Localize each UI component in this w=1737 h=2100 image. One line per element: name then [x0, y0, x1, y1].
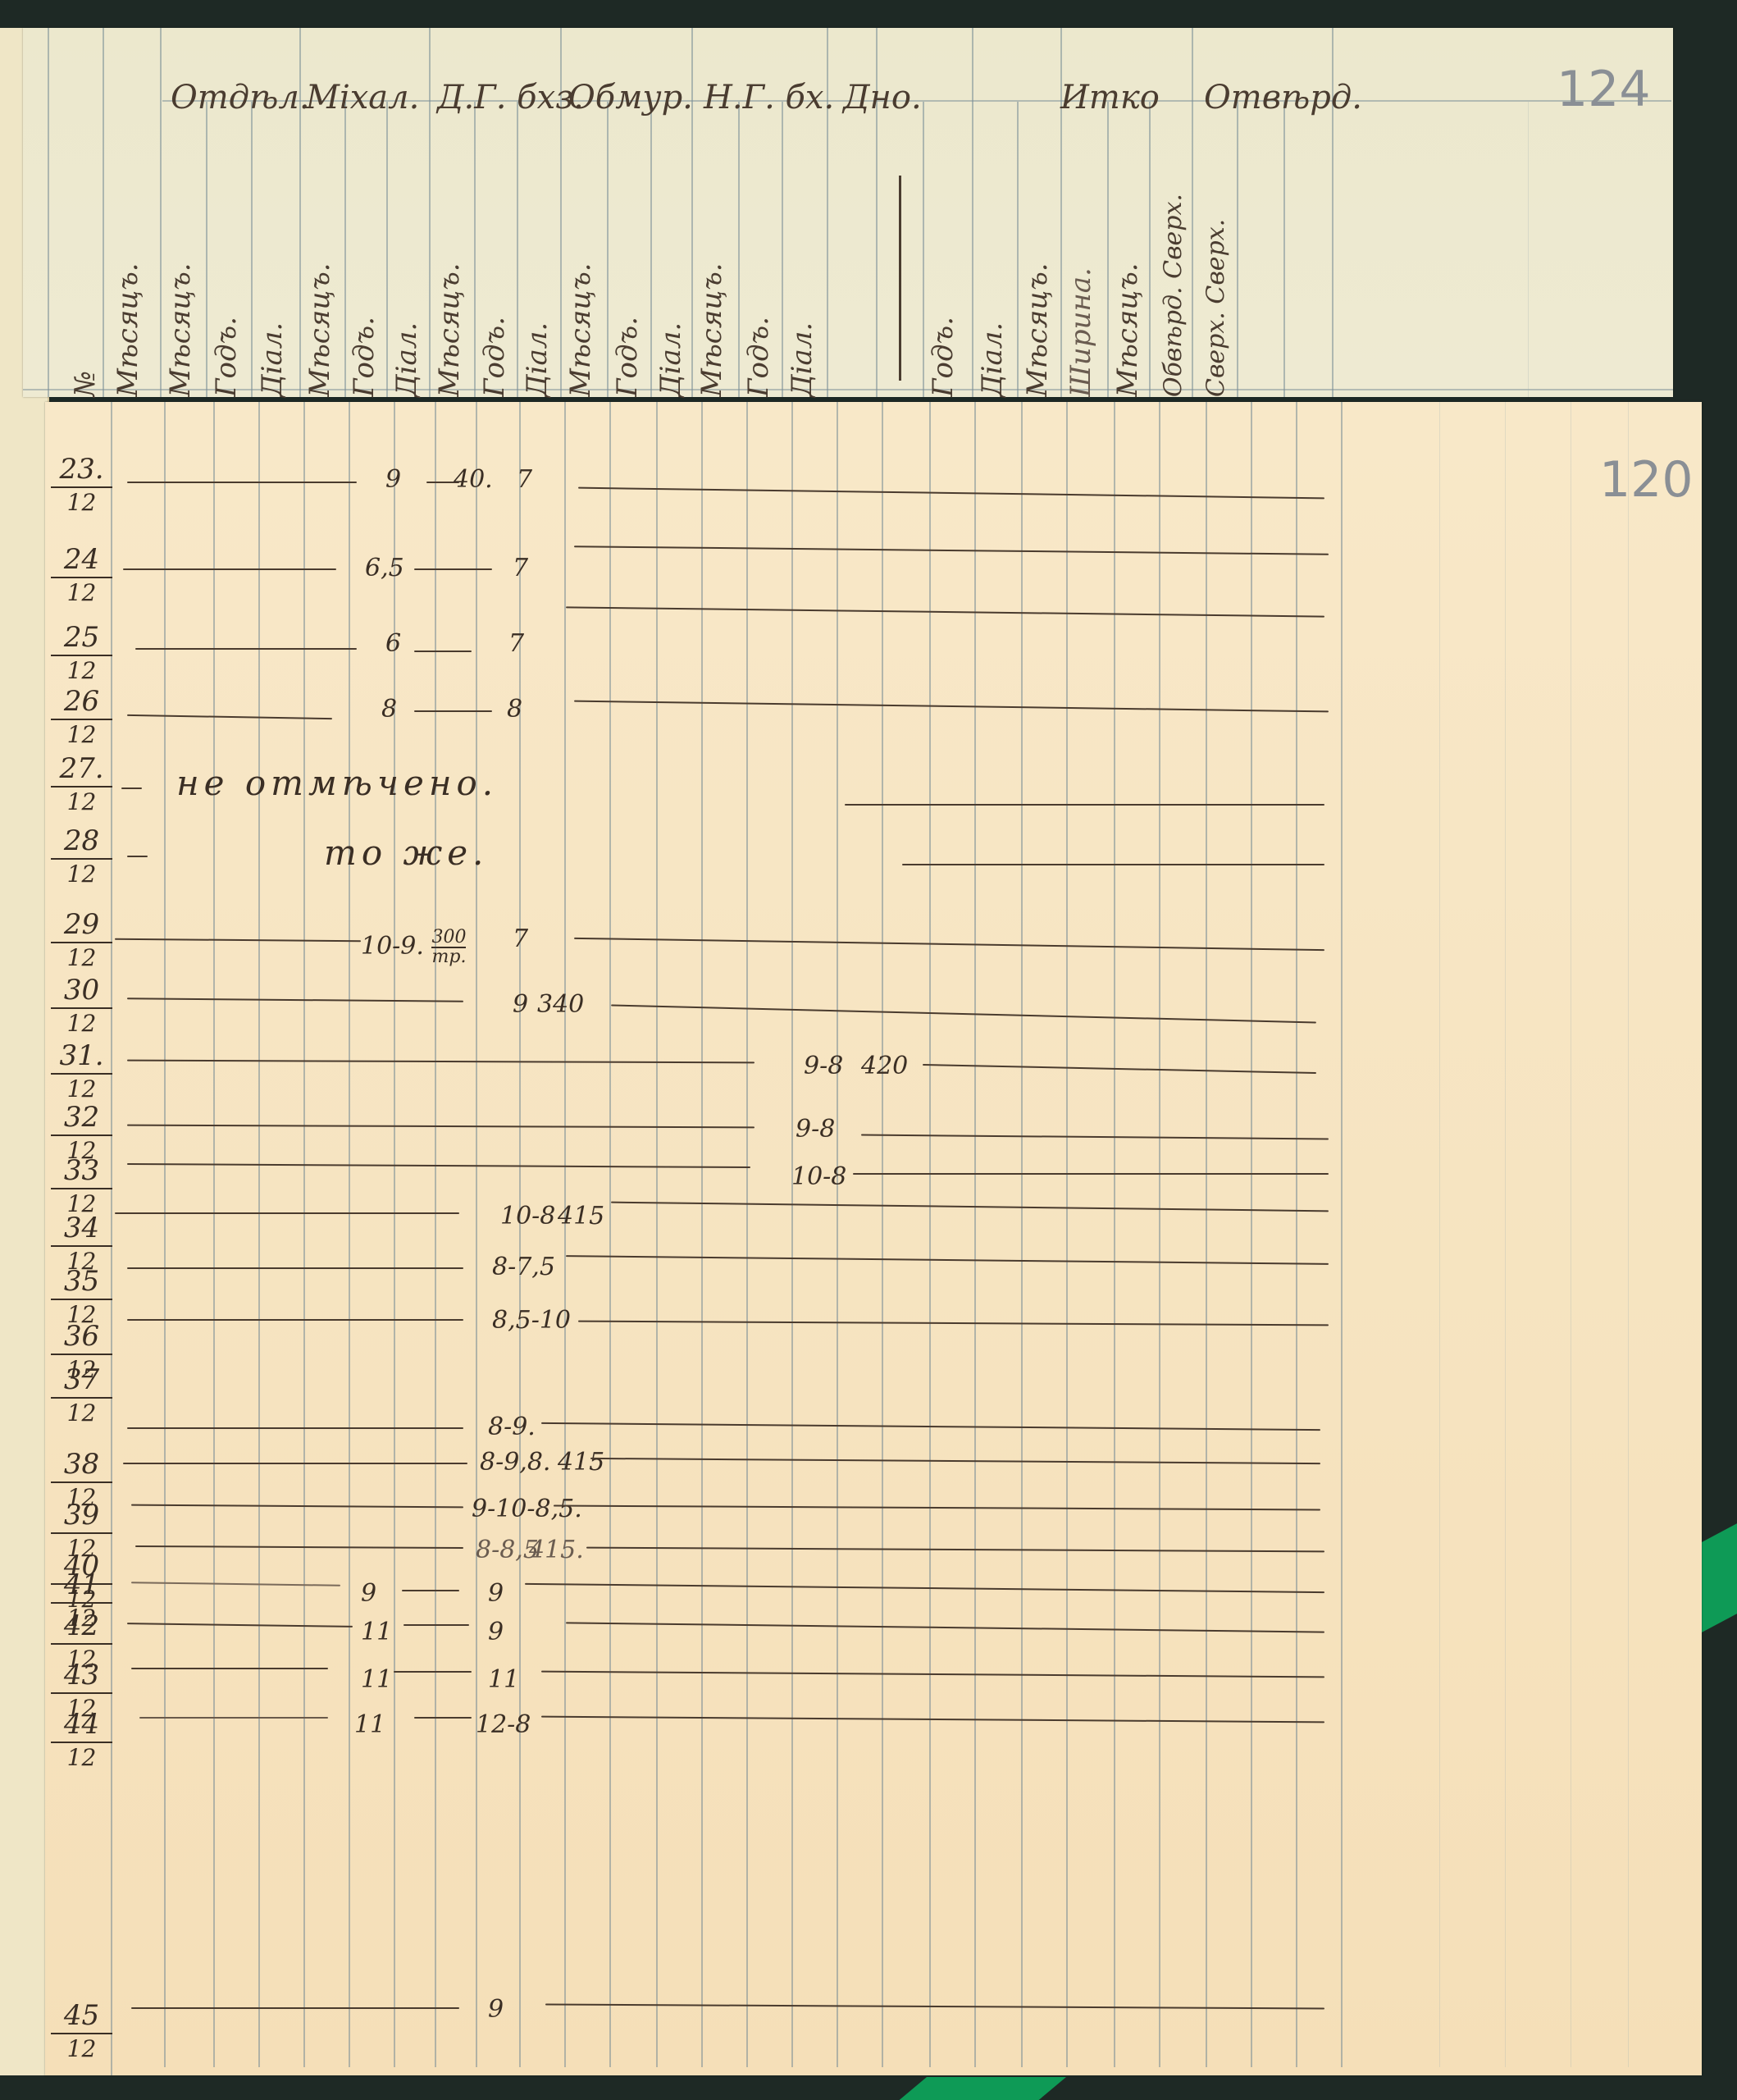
- cell-value: 10-8: [500, 1204, 555, 1229]
- column-header: Годъ.: [348, 317, 381, 397]
- header-cell: Сверх. Сверх.: [1196, 126, 1238, 397]
- ink-dash: [402, 1590, 459, 1591]
- ink-dash: [123, 1463, 467, 1464]
- col-line: [1021, 402, 1023, 2067]
- header-cell: Ширина.: [1063, 126, 1106, 397]
- header-cell: Годъ.: [476, 126, 519, 397]
- row-date: 3512: [51, 1267, 112, 1326]
- cell-value: 8-9,8.: [480, 1450, 550, 1475]
- row-month: 12: [51, 488, 112, 514]
- cell-value: 340: [537, 993, 584, 1017]
- col-line: [251, 102, 253, 397]
- ink-dash: [131, 1668, 328, 1669]
- row-day: 41: [51, 1571, 112, 1604]
- row-day: 32: [51, 1103, 112, 1136]
- column-header: Годъ.: [927, 317, 960, 397]
- col-line: [164, 402, 166, 2067]
- col-line: [656, 402, 658, 2067]
- col-line: [1159, 402, 1160, 2067]
- row-date: 2412: [51, 546, 112, 605]
- empty-column-dash: [899, 176, 901, 381]
- green-stripe-right: [1702, 1512, 1737, 1632]
- fraction-numerator: 300: [431, 929, 466, 948]
- ink-dash: [414, 651, 472, 652]
- col-line: [746, 402, 748, 2067]
- column-header: Сверх. Сверх.: [1201, 219, 1230, 397]
- col-line: [701, 402, 703, 2067]
- header-cell: Мѣсяцъ.: [694, 126, 736, 397]
- row-day: 24: [51, 546, 112, 578]
- cell-value: 8: [507, 697, 522, 722]
- col-line: [882, 402, 883, 2067]
- col-line: [303, 402, 305, 2067]
- ink-dash: [127, 1427, 463, 1429]
- ink-dash: [414, 568, 492, 570]
- row-day: 37: [51, 1366, 112, 1399]
- fraction: 300тр.: [431, 929, 466, 966]
- header-cell: Дiал.: [519, 126, 562, 397]
- col-line: [206, 102, 207, 397]
- row-date: 23.12: [51, 455, 112, 514]
- row-date: 27.12: [51, 755, 112, 814]
- column-header: Мѣсяцъ.: [564, 262, 597, 397]
- col-line: [738, 102, 740, 397]
- column-header: Годъ.: [210, 317, 243, 397]
- cell-value: 10-8: [791, 1165, 846, 1189]
- col-line-faint: [1628, 402, 1629, 2067]
- group-header: Итко: [1060, 79, 1160, 116]
- col-line: [609, 402, 611, 2067]
- cell-value: 415: [558, 1450, 604, 1475]
- col-line-faint: [1505, 402, 1506, 2067]
- group-header: Отдѣл.: [171, 79, 310, 116]
- header-cell: Мѣсяцъ.: [162, 126, 205, 397]
- col-line: [974, 402, 976, 2067]
- header-cell: Дiал.: [389, 126, 431, 397]
- ink-dash: [131, 2007, 459, 2009]
- header-cell: Мѣсяцъ.: [431, 126, 474, 397]
- ink-dash: [414, 1717, 472, 1719]
- cell-value: 8-9.: [488, 1415, 536, 1440]
- row-day: 29: [51, 911, 112, 943]
- ink-dash: [135, 648, 357, 650]
- column-header: Мѣсяцъ.: [303, 262, 336, 397]
- cell-value-range: 10-9.: [361, 932, 424, 961]
- row-date: 2512: [51, 623, 112, 682]
- column-header: Годъ.: [611, 317, 644, 397]
- row-day: 31.: [51, 1042, 112, 1075]
- header-cell: Годъ.: [609, 126, 652, 397]
- page-number: 120: [1599, 451, 1694, 509]
- cell-value: 9-10-8,5.: [472, 1497, 582, 1522]
- ink-dash: [394, 1671, 472, 1673]
- col-line: [1341, 402, 1343, 2067]
- column-header: Дiал.: [521, 322, 554, 397]
- fraction-denominator: тр.: [431, 948, 466, 966]
- row-month: 12: [51, 1009, 112, 1035]
- row-day: 38: [51, 1450, 112, 1483]
- header-cell: Дiал.: [254, 126, 297, 397]
- col-line: [1107, 102, 1109, 397]
- cell-value: 11: [361, 1668, 392, 1692]
- cell-value: 420: [861, 1054, 908, 1079]
- cell-value: 415.: [529, 1538, 584, 1563]
- cell-value: 7: [508, 632, 524, 656]
- col-line: [837, 402, 838, 2067]
- row-month: 12: [51, 1075, 112, 1101]
- row-day: 25: [51, 623, 112, 656]
- cell-value: 7: [513, 927, 528, 952]
- group-header: Н.Г. бх.: [704, 79, 834, 116]
- col-line-faint: [1571, 402, 1571, 2067]
- col-line: [213, 402, 215, 2067]
- cell-value: 6,5: [365, 556, 404, 581]
- group-header: Дно.: [843, 79, 922, 116]
- ink-dash: [115, 1212, 459, 1214]
- row-date: 2812: [51, 827, 112, 886]
- cell-value: 9: [361, 1582, 376, 1606]
- col-line: [1296, 402, 1297, 2067]
- col-line: [923, 102, 924, 397]
- cell-value: 9: [513, 993, 528, 1017]
- row-day: 23.: [51, 455, 112, 488]
- column-header: Годъ.: [478, 317, 511, 397]
- row-date: 4512: [51, 2002, 112, 2061]
- ink-dash: [845, 804, 1324, 806]
- header-cell: Мѣсяцъ.: [1019, 126, 1062, 397]
- column-header: Дiал.: [256, 322, 289, 397]
- header-cell: Мѣсяцъ.: [1110, 126, 1152, 397]
- row-day: 30: [51, 976, 112, 1009]
- row-month: 12: [51, 1399, 112, 1425]
- row-date: 3312: [51, 1157, 112, 1216]
- green-stripe-bottom: [900, 2077, 1066, 2100]
- cell-value: 7: [513, 556, 528, 581]
- header-cell: Годъ.: [208, 126, 251, 397]
- ink-dash: [121, 787, 142, 789]
- ink-dash: [139, 1717, 328, 1719]
- column-header: Мѣсяцъ.: [164, 262, 197, 397]
- column-header: Дiал.: [976, 322, 1009, 397]
- column-header: Дiал.: [786, 322, 818, 397]
- row-day: 42: [51, 1612, 112, 1645]
- col-line: [1017, 102, 1019, 397]
- column-header: Мѣсяцъ.: [695, 262, 728, 397]
- column-header: Ширина.: [1065, 267, 1097, 397]
- ink-dash: [123, 568, 336, 570]
- header-cell: Мѣсяцъ.: [107, 126, 149, 397]
- row-day: 34: [51, 1214, 112, 1247]
- col-line: [1283, 102, 1285, 397]
- cell-value: 8: [381, 697, 397, 722]
- row-day: 33: [51, 1157, 112, 1189]
- column-header: Годъ.: [742, 317, 775, 397]
- ink-dash: [127, 482, 357, 483]
- col-line: [1251, 402, 1252, 2067]
- header-cell: Мѣсяцъ.: [302, 126, 344, 397]
- col-line: [607, 102, 609, 397]
- row-month: 12: [51, 2034, 112, 2061]
- col-line: [1066, 402, 1068, 2067]
- cell-value: 7: [517, 468, 532, 492]
- col-line: [476, 402, 477, 2067]
- header-cell: Годъ.: [346, 126, 389, 397]
- row-day: 44: [51, 1710, 112, 1743]
- cell-value: 12-8: [476, 1713, 531, 1737]
- col-line-faint: [1439, 402, 1440, 2067]
- header-cell: Мѣсяцъ.: [563, 126, 605, 397]
- row-date: 3012: [51, 976, 112, 1035]
- row-day: 36: [51, 1322, 112, 1355]
- cell-value: 9-8: [796, 1117, 835, 1142]
- row-date: 4412: [51, 1710, 112, 1769]
- ink-dash: [403, 1624, 469, 1626]
- row-day: 35: [51, 1267, 112, 1300]
- cell-value: 9: [488, 1620, 504, 1645]
- cell-value: 8-7,5: [492, 1255, 555, 1280]
- cell-value: 9: [385, 468, 401, 492]
- row-note: не отмѣчено.: [176, 763, 498, 803]
- cell-value: 40.: [454, 468, 493, 492]
- col-line: [791, 402, 793, 2067]
- column-header: Дiал.: [390, 322, 423, 397]
- col-line: [1114, 402, 1115, 2067]
- cell-value: 11: [354, 1713, 385, 1737]
- row-day: 39: [51, 1501, 112, 1534]
- col-line: [474, 102, 476, 397]
- ink-dash: [853, 1173, 1329, 1175]
- cell-value: 9-8: [804, 1054, 843, 1079]
- col-line-faint: [1528, 102, 1529, 397]
- group-header: Д.Г. бхз.: [437, 79, 584, 116]
- col-line: [929, 402, 931, 2067]
- row-month: 12: [51, 1743, 112, 1769]
- top-sheet: Отдѣл. Мiхал. Д.Г. бхз. Обмур. Н.Г. бх. …: [23, 28, 1673, 397]
- row-date: 2612: [51, 687, 112, 746]
- header-cell: Годъ.: [741, 126, 783, 397]
- bottom-sheet: 120: [45, 402, 1702, 2075]
- header-cell: Дiал.: [974, 126, 1017, 397]
- cell-value: 11: [488, 1668, 519, 1692]
- row-day: 27.: [51, 755, 112, 787]
- group-header: Мiхал.: [306, 79, 419, 116]
- row-month: 12: [51, 943, 112, 970]
- header-cell: Обвѣрд. Сверх.: [1153, 126, 1196, 397]
- header-cell: Дiал.: [653, 126, 695, 397]
- row-month: 12: [51, 656, 112, 682]
- col-line: [258, 402, 260, 2067]
- ink-dash: [127, 1267, 463, 1269]
- row-month: 12: [51, 860, 112, 886]
- column-header: Мѣсяцъ.: [1021, 262, 1054, 397]
- cell-value: 9: [488, 1997, 504, 2022]
- header-cell: Годъ.: [925, 126, 968, 397]
- ink-dash: [902, 864, 1324, 865]
- row-month: 12: [51, 720, 112, 746]
- col-line: [160, 28, 162, 397]
- row-day: 43: [51, 1661, 112, 1694]
- row-date: 3712: [51, 1366, 112, 1425]
- ink-dash: [127, 1319, 463, 1321]
- cell-value: 11: [361, 1620, 392, 1645]
- ink-dash: [414, 710, 492, 712]
- row-day: 26: [51, 687, 112, 720]
- column-header: Мѣсяцъ.: [433, 262, 466, 397]
- col-line: [564, 402, 566, 2067]
- row-month: 12: [51, 787, 112, 814]
- row-date: 2912: [51, 911, 112, 970]
- column-header: Обвѣрд. Сверх.: [1159, 194, 1188, 397]
- col-line: [349, 402, 350, 2067]
- cell-value: 415: [558, 1204, 604, 1229]
- cell-value: 9: [488, 1582, 504, 1606]
- row-month: 12: [51, 578, 112, 605]
- column-header: Дiал.: [654, 322, 687, 397]
- row-day: 45: [51, 2002, 112, 2034]
- column-header-number: №: [69, 371, 102, 397]
- row-day: 28: [51, 827, 112, 860]
- column-header: Мѣсяцъ.: [1111, 262, 1144, 397]
- col-line: [1206, 402, 1207, 2067]
- col-line: [972, 28, 973, 397]
- group-header: Обмур.: [568, 79, 693, 116]
- cell-value: 8,5-10: [492, 1308, 571, 1333]
- row-date: 31.12: [51, 1042, 112, 1101]
- col-line: [48, 28, 49, 397]
- column-header: Мѣсяцъ.: [112, 262, 144, 397]
- ink-dash: [127, 856, 148, 857]
- row-note: то же.: [324, 833, 488, 873]
- group-header: Отвѣрд.: [1204, 79, 1362, 116]
- cell-value: 6: [385, 632, 401, 656]
- header-cell: Дiал.: [784, 126, 827, 397]
- cell-value: 10-9. 300тр.: [361, 929, 466, 966]
- page-number: 124: [1557, 61, 1651, 118]
